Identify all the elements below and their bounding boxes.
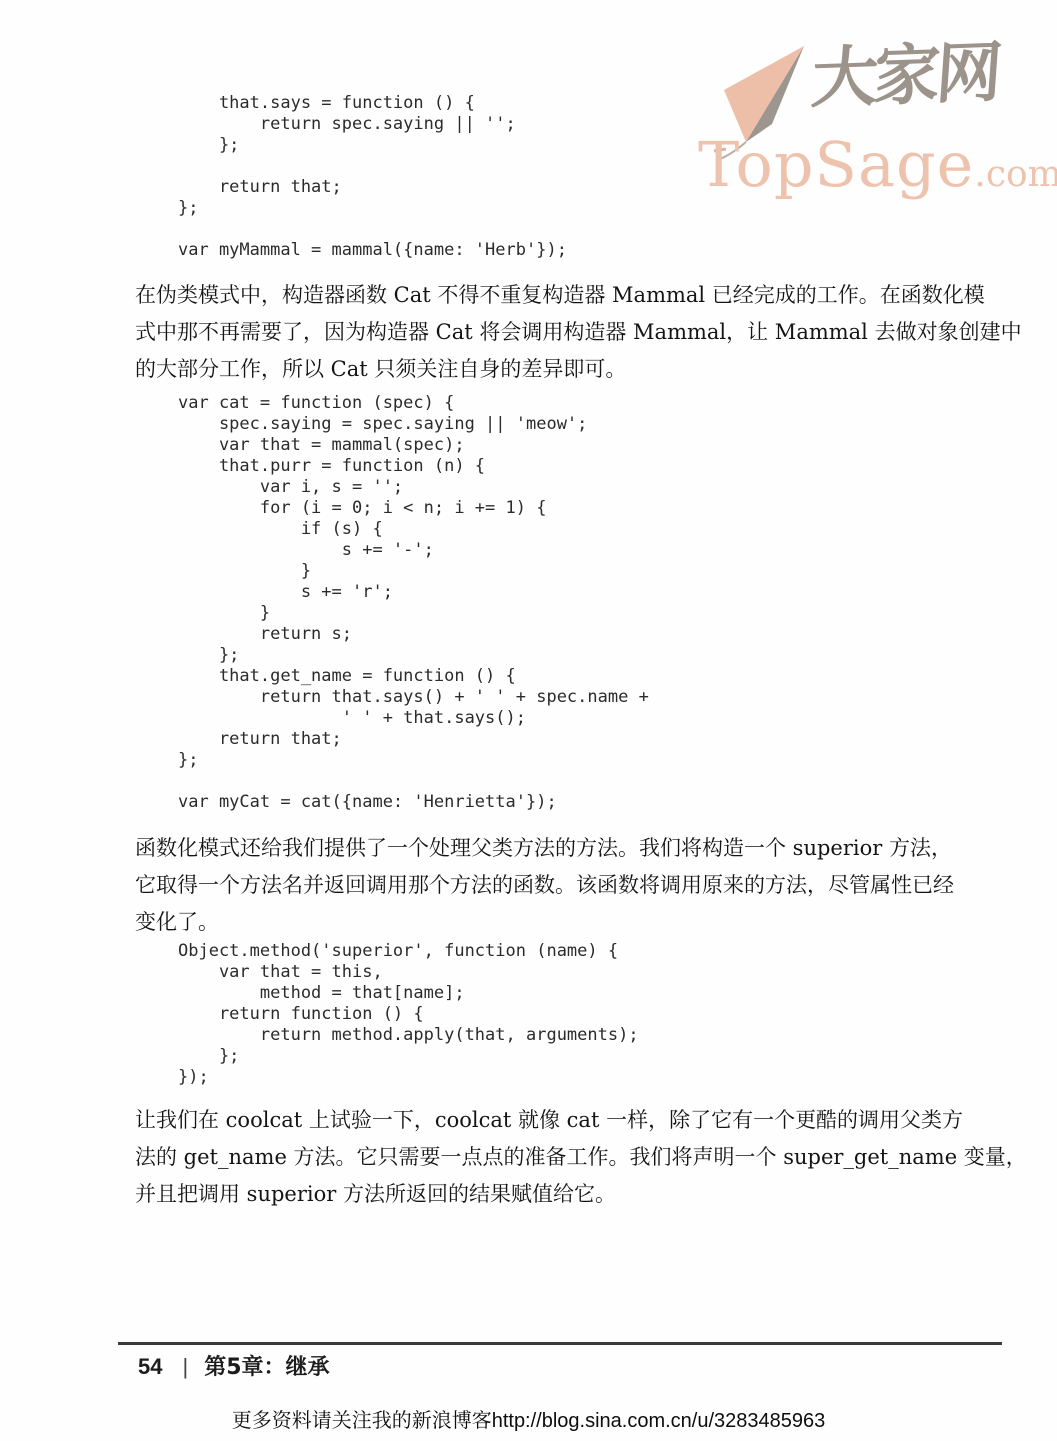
blog-watermark-note: 更多资料请关注我的新浪博客http://blog.sina.com.cn/u/3… <box>0 1404 1057 1433</box>
paragraph-superior-intro: 函数化模式还给我们提供了一个处理父类方法的方法。我们将构造一个 superior… <box>135 830 1035 941</box>
code-block-cat-constructor: var cat = function (spec) { spec.saying … <box>178 393 649 813</box>
paragraph-pseudoclassical: 在伪类模式中，构造器函数 Cat 不得不重复构造器 Mammal 已经完成的工作… <box>135 277 1035 388</box>
brand-name-en-row: TopSage.com <box>698 128 1057 201</box>
footer-rule <box>118 1342 1002 1345</box>
book-page: 大家网 TopSage.com that.says = function () … <box>0 0 1057 1441</box>
paragraph-coolcat: 让我们在 coolcat 上试验一下，coolcat 就像 cat 一样，除了它… <box>135 1102 1035 1213</box>
page-number: 54 <box>138 1354 162 1379</box>
brand-name-cn: 大家网 <box>809 27 1002 123</box>
brand-tld: .com <box>974 154 1057 195</box>
topsage-watermark: 大家网 TopSage.com <box>690 30 1030 210</box>
brand-name-en: TopSage <box>698 128 974 201</box>
footer-divider: | <box>182 1354 188 1379</box>
code-block-superior-method: Object.method('superior', function (name… <box>178 941 639 1088</box>
page-footer: 54|第5章：继承 <box>138 1352 330 1383</box>
code-block-mammal-end: that.says = function () { return spec.sa… <box>178 93 567 261</box>
chapter-title: 第5章：继承 <box>204 1355 329 1380</box>
